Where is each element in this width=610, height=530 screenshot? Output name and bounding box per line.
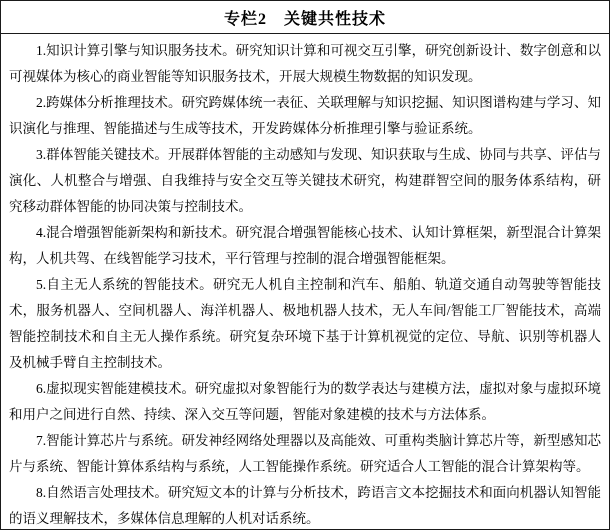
tech-paragraph-autonomous-unmanned: 5.自主无人系统的智能技术。研究无人机自主控制和汽车、船舶、轨道交通自动驾驶等智…	[9, 272, 601, 376]
tech-paragraph-swarm-intelligence: 3.群体智能关键技术。开展群体智能的主动感知与发现、知识获取与生成、协同与共享、…	[9, 142, 601, 220]
tech-paragraph-knowledge-computing: 1.知识计算引擎与知识服务技术。研究知识计算和可视交互引擎，研究创新设计、数字创…	[9, 38, 601, 90]
tech-paragraph-nlp: 8.自然语言处理技术。研究短文本的计算与分析技术，跨语言文本挖掘技术和面向机器认…	[9, 480, 601, 529]
tech-paragraph-hybrid-augmented: 4.混合增强智能新架构和新技术。研究混合增强智能核心技术、认知计算框架，新型混合…	[9, 220, 601, 272]
panel-body: 1.知识计算引擎与知识服务技术。研究知识计算和可视交互引擎，研究创新设计、数字创…	[1, 34, 609, 529]
tech-paragraph-cross-media: 2.跨媒体分析推理技术。研究跨媒体统一表征、关联理解与知识挖掘、知识图谱构建与学…	[9, 90, 601, 142]
tech-paragraph-ai-chips: 7.智能计算芯片与系统。研发神经网络处理器以及高能效、可重构类脑计算芯片等，新型…	[9, 428, 601, 480]
tech-paragraph-vr-modeling: 6.虚拟现实智能建模技术。研究虚拟对象智能行为的数学表达与建模方法，虚拟对象与虚…	[9, 376, 601, 428]
panel-title: 专栏2 关键共性技术	[1, 1, 609, 34]
key-common-tech-panel: 专栏2 关键共性技术 1.知识计算引擎与知识服务技术。研究知识计算和可视交互引擎…	[0, 0, 610, 530]
